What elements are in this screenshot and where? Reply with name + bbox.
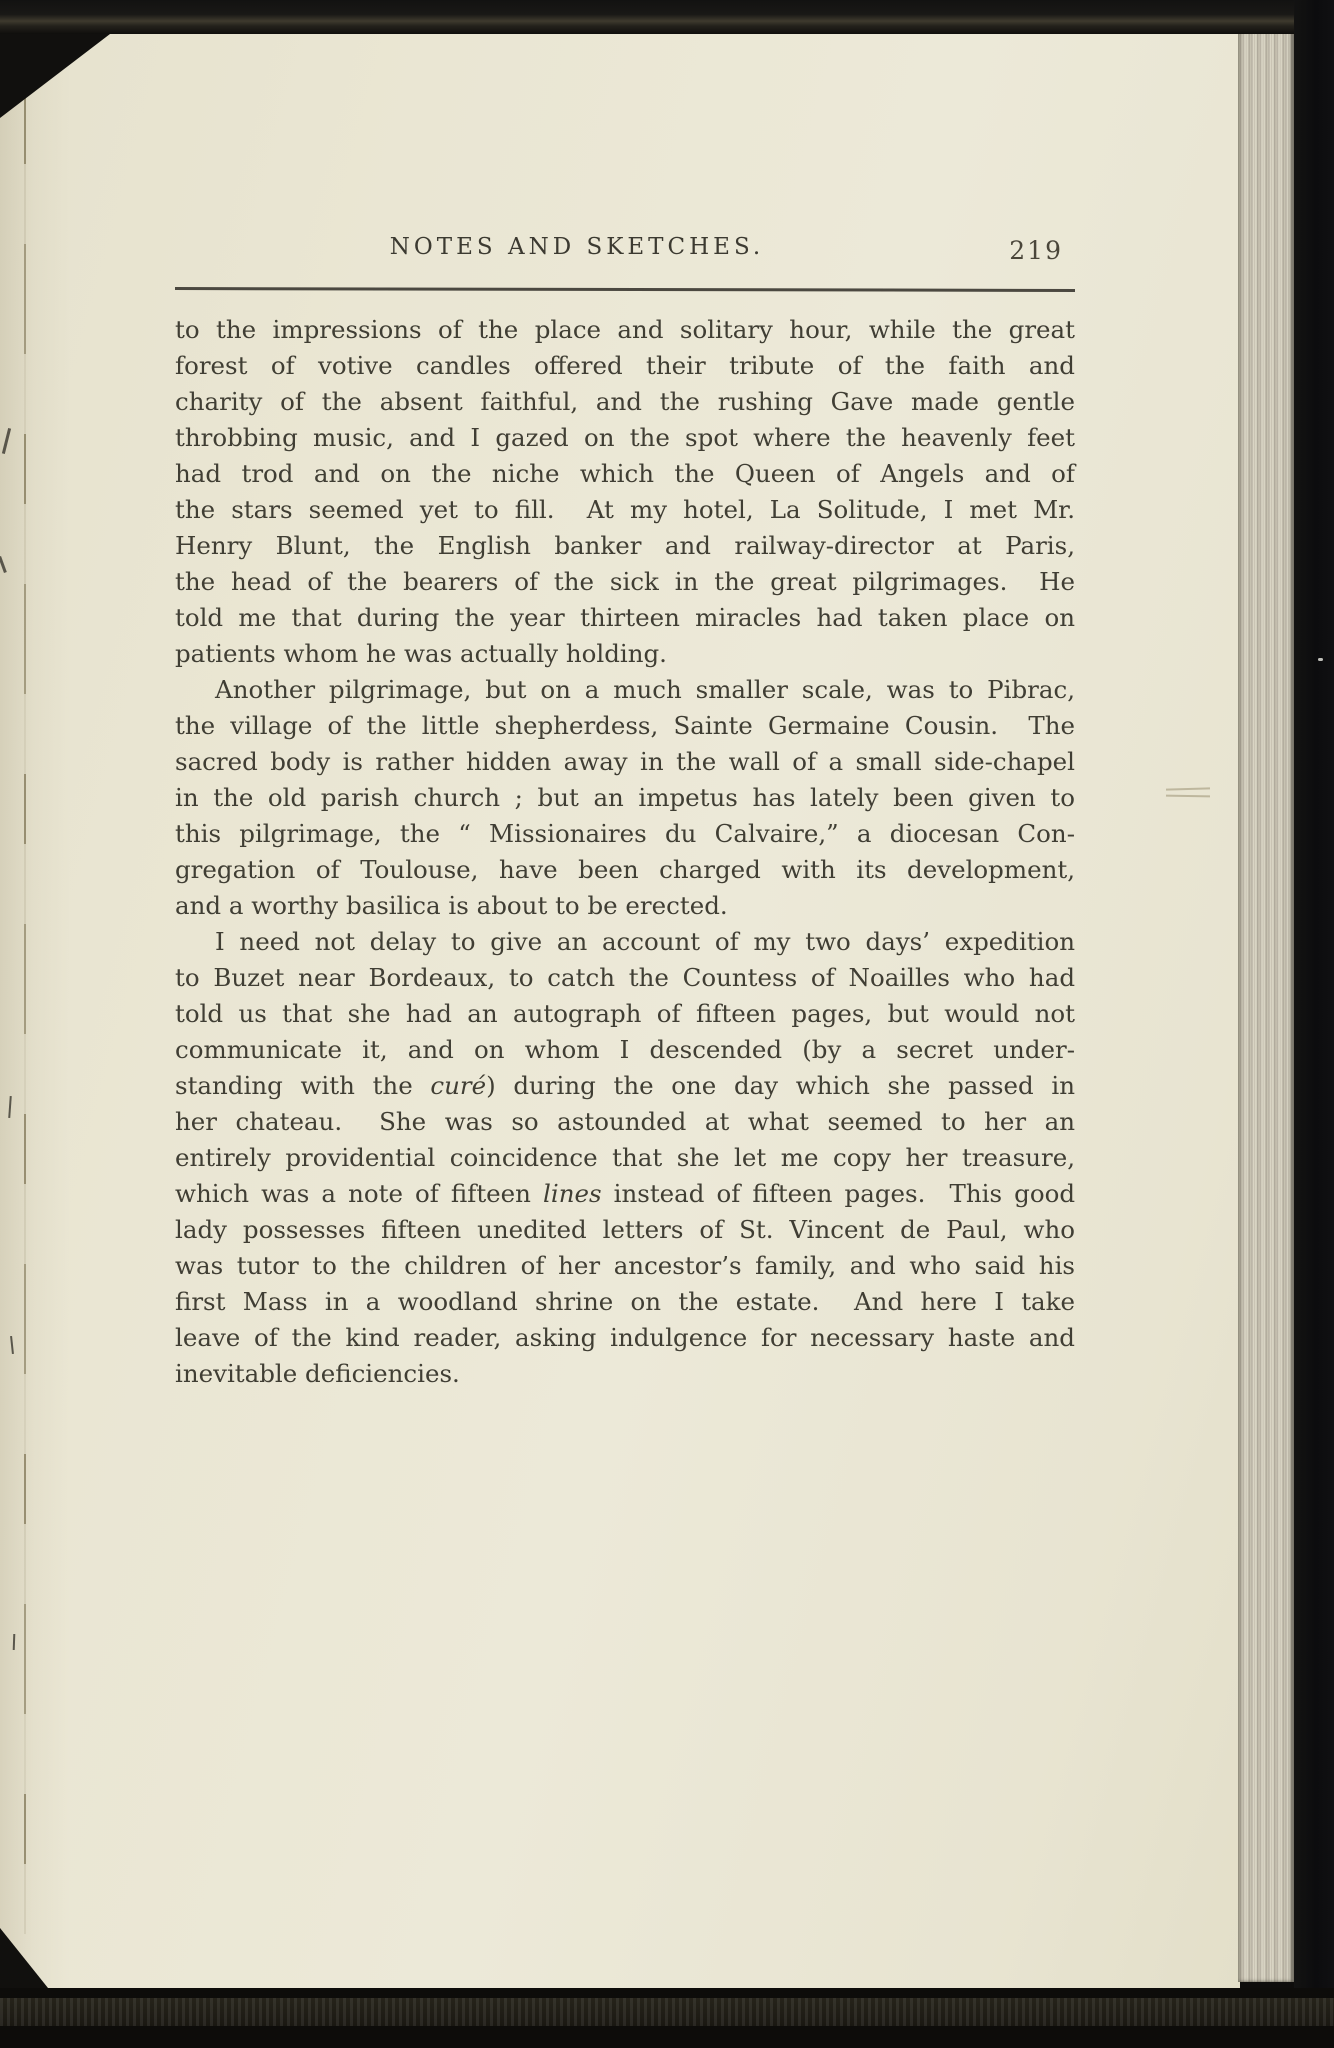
text-line: throbbing music, and I gazed on the spot… [175,420,1075,456]
text-line: lady possesses fifteen unedited letters … [175,1212,1075,1248]
text-line: told us that she had an autograph of fif… [175,996,1075,1032]
book-cover-top [0,0,1334,34]
text-line: standing with the curé) during the one d… [175,1068,1075,1104]
book-cover-bottom [0,1988,1334,2048]
running-title: NOTES AND SKETCHES. [390,234,764,260]
text-line: in the old parish church ; but an impetu… [175,780,1075,816]
stray-mark [1166,788,1210,798]
paragraph: to the impressions of the place and soli… [175,312,1075,672]
text-line: sacred body is rather hidden away in the… [175,744,1075,780]
text-line: entirely providential coincidence that s… [175,1140,1075,1176]
text-line: first Mass in a woodland shrine on the e… [175,1284,1075,1320]
paragraph: I need not delay to give an account of m… [175,924,1075,1392]
header-rule [175,287,1075,292]
text-line: the village of the little shepherdess, S… [175,708,1075,744]
text-line: charity of the absent faithful, and the … [175,384,1075,420]
dust-speck [1318,658,1323,661]
text-line: communicate it, and on whom I descended … [175,1032,1075,1068]
text-line: I need not delay to give an account of m… [175,924,1075,960]
text-line: her chateau. She was so astounded at wha… [175,1104,1075,1140]
text-line: told me that during the year thirteen mi… [175,600,1075,636]
text-line: gregation of Toulouse, have been charged… [175,852,1075,888]
text-line: forest of votive candles offered their t… [175,348,1075,384]
book-page: NOTES AND SKETCHES. 219 to the impressio… [0,34,1240,1988]
book-photo: NOTES AND SKETCHES. 219 to the impressio… [0,0,1334,2048]
page-number: 219 [1009,236,1063,265]
text-line: Henry Blunt, the English banker and rail… [175,528,1075,564]
text-line: to Buzet near Bordeaux, to catch the Cou… [175,960,1075,996]
text-line: to the impressions of the place and soli… [175,312,1075,348]
text-line: Another pilgrimage, but on a much smalle… [175,672,1075,708]
text-line: had trod and on the niche which the Quee… [175,456,1075,492]
page-body: to the impressions of the place and soli… [175,312,1075,1392]
text-line: which was a note of fifteen lines instea… [175,1176,1075,1212]
paragraph: Another pilgrimage, but on a much smalle… [175,672,1075,924]
page-stack-edge [1238,30,1294,1982]
text-line: the stars seemed yet to fill. At my hote… [175,492,1075,528]
text-line: was tutor to the children of her ancesto… [175,1248,1075,1284]
text-line: the head of the bearers of the sick in t… [175,564,1075,600]
book-cover-right [1294,0,1334,2048]
page-header: NOTES AND SKETCHES. 219 [175,234,1075,278]
text-line: this pilgrimage, the “ Missionaires du C… [175,816,1075,852]
text-line: and a worthy basilica is about to be ere… [175,888,1075,924]
gutter-crack [24,94,26,1934]
text-line: inevitable deficiencies. [175,1356,1075,1392]
text-line: patients whom he was actually holding. [175,636,1075,672]
text-line: leave of the kind reader, asking indulge… [175,1320,1075,1356]
